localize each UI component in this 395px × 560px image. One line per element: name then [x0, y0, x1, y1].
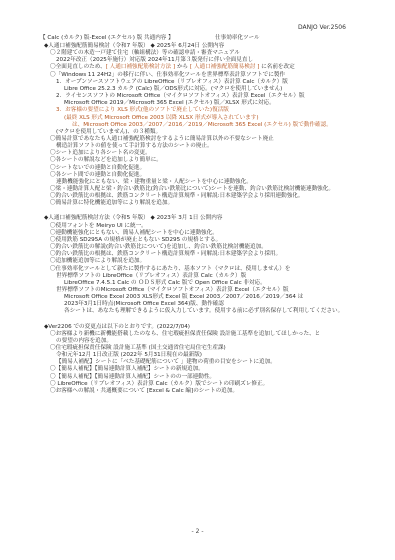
text-line: 〇お客様への解説・共通概要について [Excel & Calc 編]のシートの追… — [50, 388, 238, 395]
section-heading: ◆人通口補強配筋検討方法（令和5 年版） ◆ 2023年 3月 1日 公開内容 — [44, 215, 222, 222]
text-line: 〇追加機能追加等により解説を追加。 — [50, 258, 145, 265]
highlighted-name: [ 人通口補強配筋簡易検討 ] — [190, 64, 259, 70]
text-line: の要望の内容を追加。 — [56, 338, 112, 345]
section-heading: ◆人通口補強配筋簡易検討（令和7 年版） ◆ 2025年 6月24日 公開内容 — [44, 43, 224, 50]
text-line: 〇仕事効率化ツールとして新たに製作するにあたり、基本ソフト（マクロは、使用しませ… — [50, 266, 290, 273]
text-line: 〇簡易計算に特化機能追加等により解説を追加。 — [50, 200, 173, 207]
text-line: 〇【簡易人補配】【簡易連動計算人補配】シートの新規追加。 — [50, 366, 204, 373]
text-line: 2．ライセンスソフトの Microsoft Office（マイクロソフトオフィス… — [56, 93, 305, 100]
text-line: 〇使用フォントを Meiryo UI に統一。 — [50, 223, 147, 230]
text-line: 〇住宅瑕疵担保責任保険 設計施工基準 (国土交通省住宅局住宅生産課) — [50, 345, 226, 352]
text-line: (マクロを使用していません)、の３種類。 — [56, 129, 161, 136]
text-line: 〇各シートの解説などを追加しより簡単に。 — [50, 157, 162, 164]
text-line: 〇全面見直しのため、[ 人通口補強配筋検討方法 ] から [ 人通口補強配筋簡易… — [50, 64, 295, 71]
text-line: 1．オープンソースソフトウェアの LibreOffice（リブレオフィス）表計算… — [56, 79, 288, 86]
text-line: 〇各シート間での連動と自動化促進。 — [50, 172, 145, 179]
version-label: DANJO Ver.2506 — [298, 24, 346, 31]
text-line: 世界標準ソフトのMicrosoft Office（マイクロソフトオフィス）表計算… — [56, 287, 289, 294]
text-line: 各シートは、あなたも理解できるように仮入力しています。使用する前に必ず別名保存し… — [64, 308, 343, 315]
text-line: 〇簡易計算であなたも人通口補強配筋検討をするように簡易計算以外の不要なシート廃止 — [50, 136, 274, 143]
text-line: 〇釣合い鉄筋比の解説(釣合い鉄筋比について)を追加し、釣合い鉄筋比検討機能追加。 — [50, 244, 267, 251]
text-line: は、Microsoft Office 2003／2007／2016／2019／M… — [72, 122, 332, 129]
text-line: 世界標準ソフトの LibreOffice（リブレオフィス）表計算 Calc（カル… — [56, 273, 246, 280]
text-span: から — [175, 64, 190, 70]
text-line: 〇【簡易人補配】【簡易連動計算人補配】シートのの一部連動性。 — [50, 374, 215, 381]
text-line: 〇シートないでの連動と自動化促進。 — [50, 165, 145, 172]
text-line: (最終 XLS 形式 Microsoft Office 2003 以降 XLSX… — [64, 115, 259, 122]
text-line: 〇お客様より新機に新機能搭載したのなら、住宅瑕疵担保責任保険 設計施工基準を追加… — [50, 331, 320, 338]
text-line: 連動機能強化にともない、梁・建物重量と梁・人配シートを中心に連動強化。 — [56, 179, 252, 186]
header-title-left: 【 Calc (カルク) 版-Excel (エクセル) 版 共通内容 】 — [40, 35, 174, 42]
text-line: 〇連動機能強化にともない、簡易人補配シートを中心に連動強化。 — [50, 230, 218, 237]
text-line: 〇梁・連動計算人配と梁・釣合い鉄筋比(釣合い鉄筋比について)シートを連動、釣合い… — [50, 186, 334, 193]
text-line: 3．お客様の要望により XLS 形式(他のソフトで廃止していた)復活版 — [56, 107, 229, 114]
text-span: 〇全面見直しのため、 — [50, 64, 106, 70]
highlighted-name: [ 人通口補強配筋検討方法 ] — [106, 64, 175, 70]
text-span: に名前を改定 — [259, 64, 294, 70]
header-title-right: 仕事効率化ツール — [215, 35, 260, 42]
text-line: 〇「Windows 11 24H2」の移行に伴い、仕事効率化ツールを世界標準表計… — [50, 72, 285, 79]
document-page: DANJO Ver.2506 【 Calc (カルク) 版-Excel (エクセ… — [0, 0, 395, 560]
text-line: LibreOffice 7.4.5.1 Calc の ＯＤＳ形式 Calc 版で… — [64, 280, 266, 287]
page-number: - 2 - — [0, 528, 395, 535]
text-line: Libre Office 25.2.3 カルク (Calc) 版／ODS形式に対… — [64, 86, 282, 93]
section-heading: ◆Ver2206 での変更点は以下のとおりです。(2022/7/04) — [44, 324, 190, 331]
text-line: 〇 LibreOffice（リブレオフィス）表計算 Calc（カルク）版でシート… — [50, 381, 268, 388]
text-line: 〇使用鉄筋 SD295A の規格が廃止ともない SD295 の規格とする。 — [50, 237, 221, 244]
